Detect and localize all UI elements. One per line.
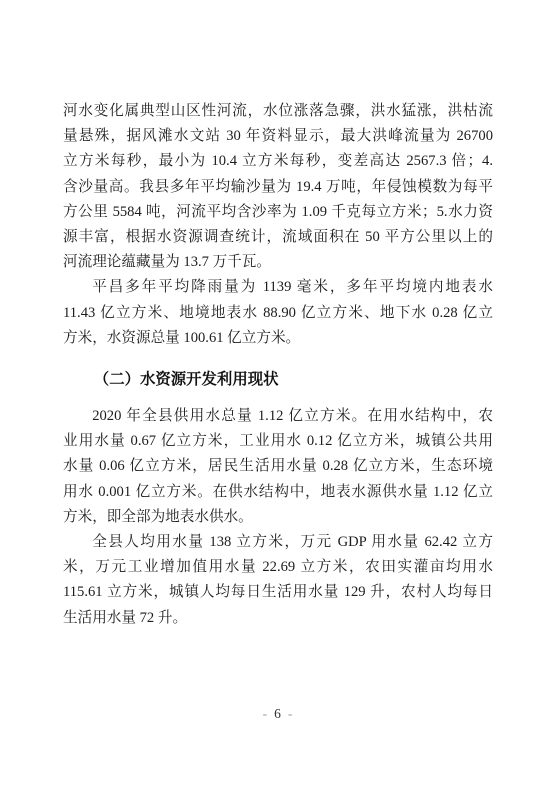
text-line: 方公里 5584 吨，河流平均含沙率为 1.09 千克每立方米；5.水力资	[63, 200, 493, 225]
text-line: 用水 0.001 亿立方米。在供水结构中，地表水源供水量 1.12 亿立	[63, 480, 493, 505]
paragraph: 平昌多年平均降雨量为 1139 毫米，多年平均境内地表水 11.43 亿立方米、…	[63, 275, 493, 351]
text-line: 平昌多年平均降雨量为 1139 毫米，多年平均境内地表水	[63, 275, 493, 300]
footer-dash-right: -	[288, 706, 293, 721]
document-page: { "doc": { "section_heading": "（二）水资源开发利…	[0, 0, 555, 785]
text-line: 方米，水资源总量 100.61 亿立方米。	[63, 326, 493, 351]
text-line: 立方米每秒，最小为 10.4 立方米每秒，变差高达 2567.3 倍；4.	[63, 149, 493, 174]
text-line: 115.61 立方米，城镇人均每日生活用水量 129 升，农村人均每日	[63, 580, 493, 605]
text-block: 河水变化属典型山区性河流，水位涨落急骤，洪水猛涨，洪枯流 量悬殊，据风滩水文站 …	[63, 99, 493, 631]
text-line: 量悬殊，据风滩水文站 30 年资料显示，最大洪峰流量为 26700	[63, 124, 493, 149]
text-line: 源丰富，根据水资源调查统计，流域面积在 50 平方公里以上的	[63, 225, 493, 250]
text-line: 方米，即全部为地表水供水。	[63, 505, 493, 530]
text-line: 河流理论蕴藏量为 13.7 万千瓦。	[63, 250, 493, 275]
text-line: 米，万元工业增加值用水量 22.69 立方米，农田实灌亩均用水	[63, 555, 493, 580]
text-line: 河水变化属典型山区性河流，水位涨落急骤，洪水猛涨，洪枯流	[63, 99, 493, 124]
section-heading: （二）水资源开发利用现状	[63, 367, 493, 392]
text-line: 2020 年全县供用水总量 1.12 亿立方米。在用水结构中，农	[63, 404, 493, 429]
paragraph: 全县人均用水量 138 立方米，万元 GDP 用水量 62.42 立方 米，万元…	[63, 530, 493, 631]
footer-page-value: 6	[274, 706, 281, 721]
text-line: 水量 0.06 亿立方米，居民生活用水量 0.28 亿立方米，生态环境	[63, 454, 493, 479]
page-number: -6-	[0, 706, 555, 722]
text-line: 11.43 亿立方米、地境地表水 88.90 亿立方米、地下水 0.28 亿立	[63, 301, 493, 326]
text-line: 含沙量高。我县多年平均输沙量为 19.4 万吨，年侵蚀模数为每平	[63, 175, 493, 200]
paragraph: 河水变化属典型山区性河流，水位涨落急骤，洪水猛涨，洪枯流 量悬殊，据风滩水文站 …	[63, 99, 493, 275]
paragraph: 2020 年全县供用水总量 1.12 亿立方米。在用水结构中，农 业用水量 0.…	[63, 404, 493, 530]
text-line: 生活用水量 72 升。	[63, 606, 493, 631]
text-line: 业用水量 0.67 亿立方米，工业用水 0.12 亿立方米，城镇公共用	[63, 429, 493, 454]
footer-dash-left: -	[263, 706, 268, 721]
text-line: 全县人均用水量 138 立方米，万元 GDP 用水量 62.42 立方	[63, 530, 493, 555]
